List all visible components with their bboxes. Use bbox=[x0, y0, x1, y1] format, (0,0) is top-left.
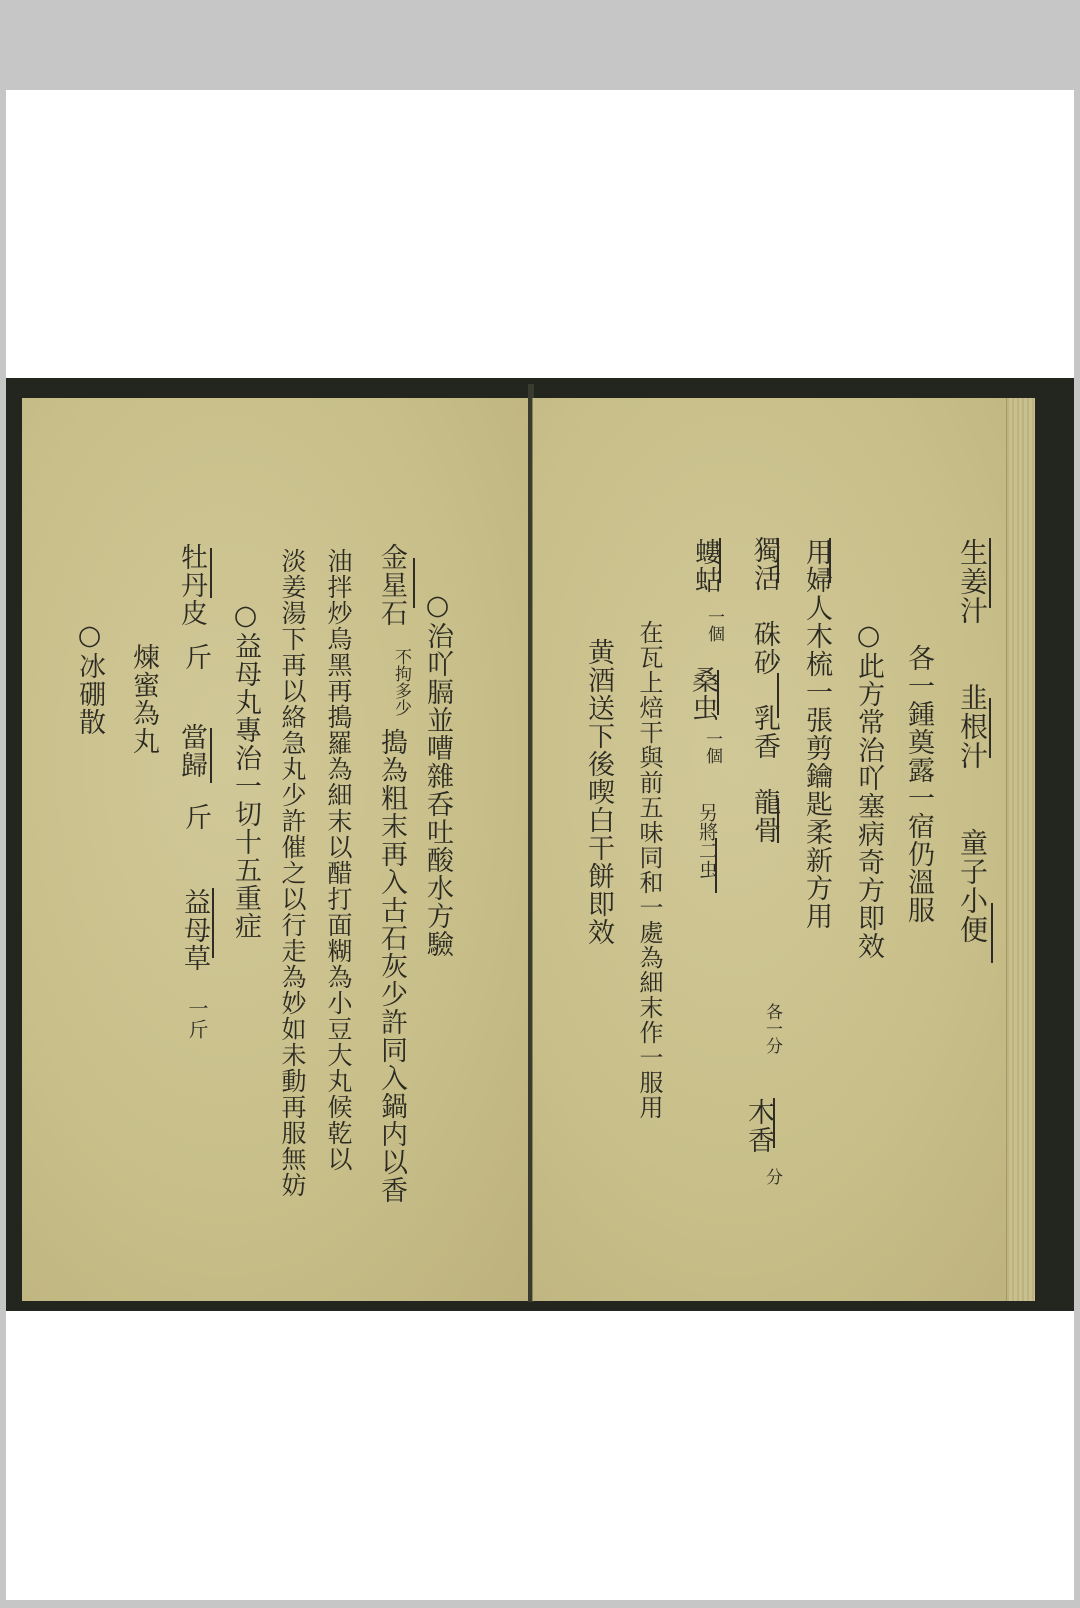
right-col-6a: 螻蛄 bbox=[688, 538, 722, 594]
left-col-2a: 金星石 bbox=[374, 543, 408, 627]
right-col-5b: 各一分 bbox=[755, 1003, 789, 1054]
right-col-4: 用婦人木梳一張剪鑰匙柔新方用 bbox=[799, 538, 833, 930]
left-col-2b: 不拘多少 bbox=[384, 648, 418, 716]
ingredient-mark bbox=[777, 798, 779, 843]
ingredient-mark bbox=[719, 538, 721, 583]
left-col-6f: 一斤 bbox=[180, 998, 214, 1040]
right-col-8: 黄酒送下後喫白干餅即效 bbox=[581, 638, 615, 946]
ingredient-mark bbox=[212, 888, 214, 958]
ingredient-mark bbox=[777, 538, 779, 583]
ingredient-mark bbox=[717, 670, 719, 715]
left-col-7: 煉蜜為丸 bbox=[126, 643, 160, 755]
left-col-6c: 當歸 bbox=[174, 723, 208, 779]
left-col-1: ○治吖膈並嘈雜呑吐酸水方驗 bbox=[420, 590, 454, 958]
left-col-6e: 益母草 bbox=[177, 888, 211, 972]
ingredient-mark bbox=[829, 538, 831, 583]
right-col-6d: 一個 bbox=[695, 730, 729, 764]
ingredient-mark bbox=[989, 698, 991, 758]
ingredient-mark bbox=[991, 903, 993, 963]
left-col-6b: 斤 bbox=[178, 643, 212, 671]
left-col-4: 淡姜湯下再以絡急丸少許催之以行走為妙如未動再服無妨 bbox=[276, 548, 308, 1198]
right-col-1: 生姜汁 韭根汁 童子小便 bbox=[953, 538, 991, 944]
ingredient-mark bbox=[715, 838, 717, 893]
ingredient-mark bbox=[210, 548, 212, 598]
ingredient-mark bbox=[413, 558, 415, 608]
right-col-6c: 桑虫 bbox=[685, 666, 719, 722]
right-col-5d: 分 bbox=[755, 1168, 789, 1185]
left-col-6a: 牡丹皮 bbox=[174, 543, 208, 627]
left-col-3: 油拌炒烏黑再搗羅為細末以醋打面糊為小豆大丸候乾以 bbox=[322, 548, 354, 1172]
ingredient-mark bbox=[989, 538, 991, 608]
right-col-6b: 一個 bbox=[697, 608, 731, 642]
ingredient-mark bbox=[210, 728, 212, 783]
left-col-6d: 斤 bbox=[178, 803, 212, 831]
left-col-2c: 搗為粗末再入古石灰少許同入鍋内以香 bbox=[374, 728, 408, 1204]
ingredient-mark bbox=[777, 673, 779, 718]
right-col-5c: 木香 bbox=[741, 1098, 775, 1154]
left-col-5: ○益母丸專治一切十五重症 bbox=[228, 600, 262, 940]
right-col-7: 在瓦上焙干與前五味同和一處為細末作一服用 bbox=[633, 620, 664, 1120]
left-col-8: ○冰硼散 bbox=[72, 620, 106, 736]
ingredient-mark bbox=[773, 1098, 775, 1148]
right-col-2: 各一鍾奠露一宿仍溫服 bbox=[901, 644, 935, 924]
right-col-3: ○此方常治吖塞病奇方即效 bbox=[851, 620, 885, 960]
left-page: ○治吖膈並嘈雜呑吐酸水方驗 金星石 不拘多少 搗為粗末再入古石灰少許同入鍋内以香… bbox=[22, 398, 531, 1301]
right-page: 生姜汁 韭根汁 童子小便 各一鍾奠露一宿仍溫服 ○此方常治吖塞病奇方即效 用婦人… bbox=[532, 398, 1035, 1301]
